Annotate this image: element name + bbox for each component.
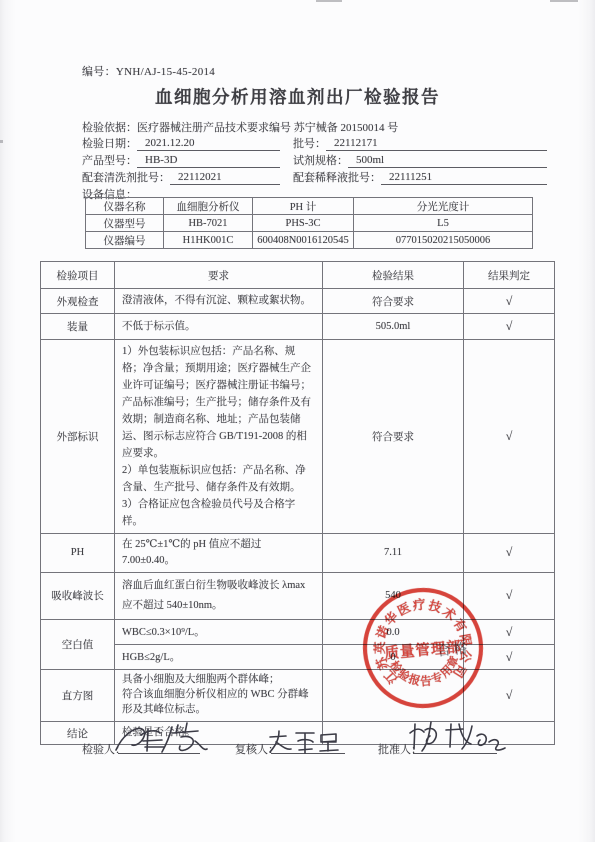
field-reagent-spec: 试剂规格： 500ml [293, 152, 547, 168]
equipment-cell: 仪器名称 [86, 198, 164, 215]
requirement-cell: 具备小细胞及大细胞两个群体峰；符合该血细胞分析仪相应的 WBC 分群峰形及其峰位… [115, 670, 323, 722]
equipment-cell: 600408N0016120545 [253, 232, 354, 249]
report-title: 血细胞分析用溶血剂出厂检验报告 [0, 84, 595, 109]
equipment-cell: H1HK001C [164, 232, 253, 249]
field-cleaner-batch: 配套清洗剂批号： 22112021 [82, 169, 280, 185]
field-diluent-batch: 配套稀释液批号： 22111251 [293, 169, 547, 185]
approver-signature [406, 718, 508, 756]
requirement-cell: HGB≤2g/L。 [115, 645, 323, 670]
header-item: 检验项目 [41, 262, 115, 289]
equipment-table: 仪器名称血细胞分析仪PH 计分光光度计仪器型号HB-7021PHS-3CL5仪器… [85, 197, 533, 249]
equipment-row: 仪器型号HB-7021PHS-3CL5 [86, 215, 533, 232]
requirement-cell: 澄清液体，不得有沉淀、颗粒或絮状物。 [115, 289, 323, 314]
verdict-cell: √ [464, 340, 555, 534]
item-cell: 吸收峰波长 [41, 572, 115, 620]
inspection-row: 吸收峰波长溶血后血红蛋白衍生物吸收峰波长 λmax 应不超过 540±10nm。… [41, 572, 555, 620]
inspector-signature [112, 722, 208, 760]
doc-number: 编号：YNH/AJ-15-45-2014 [82, 63, 215, 79]
field-inspection-date: 检验日期： 2021.12.20 [82, 135, 280, 151]
reviewer-signature [266, 729, 346, 757]
field-label: 检验日期： [82, 135, 137, 151]
requirement-cell: 在 25℃±1℃的 pH 值应不超过 7.00±0.40。 [115, 534, 323, 573]
doc-number-label: 编号： [82, 66, 116, 78]
inspection-row: HGB≤2g/L。0√ [41, 645, 555, 670]
equipment-cell: 077015020215050006 [354, 232, 533, 249]
verdict-cell: √ [464, 572, 555, 620]
doc-number-value: YNH/AJ-15-45-2014 [116, 66, 215, 78]
field-value: 22112171 [326, 137, 547, 151]
inspection-row: 空白值WBC≤0.3×10⁹/L。0.0√ [41, 620, 555, 645]
verdict-cell: √ [464, 620, 555, 645]
item-cell: PH [41, 534, 115, 573]
equipment-cell: 仪器型号 [86, 215, 164, 232]
result-cell: 符合要求 [323, 289, 464, 314]
scan-speck [550, 0, 578, 2]
inspection-header-row: 检验项目 要求 检验结果 结果判定 [41, 262, 555, 289]
requirement-cell: 不低于标示值。 [115, 314, 323, 340]
result-cell: 符合要求 [323, 340, 464, 534]
item-cell: 装量 [41, 314, 115, 340]
basis-label: 检验依据： [82, 122, 137, 134]
basis-value: 医疗器械注册产品技术要求编号 苏宁械备 20150014 号 [137, 122, 398, 134]
result-cell [323, 670, 464, 722]
requirement-cell: 溶血后血红蛋白衍生物吸收峰波长 λmax 应不超过 540±10nm。 [115, 572, 323, 620]
verdict-cell: √ [464, 534, 555, 573]
verdict-cell: √ [464, 645, 555, 670]
item-cell: 外部标识 [41, 340, 115, 534]
equipment-cell: 仪器编号 [86, 232, 164, 249]
field-label: 产品型号： [82, 152, 137, 168]
equipment-cell: 血细胞分析仪 [164, 198, 253, 215]
inspection-row: 外观检查澄清液体，不得有沉淀、颗粒或絮状物。符合要求√ [41, 289, 555, 314]
inspection-row: 装量不低于标示值。505.0ml√ [41, 314, 555, 340]
header-result: 检验结果 [323, 262, 464, 289]
result-cell: 505.0ml [323, 314, 464, 340]
equipment-table-body: 仪器名称血细胞分析仪PH 计分光光度计仪器型号HB-7021PHS-3CL5仪器… [86, 198, 533, 249]
handwritten-conclusion: 合格 [436, 636, 471, 659]
field-label: 配套稀释液批号： [293, 169, 381, 185]
field-value: 22111251 [381, 171, 547, 185]
result-cell: 540 [323, 572, 464, 620]
equipment-row: 仪器名称血细胞分析仪PH 计分光光度计 [86, 198, 533, 215]
field-batch-number: 批号： 22112171 [293, 135, 547, 151]
field-label: 配套清洗剂批号： [82, 169, 170, 185]
field-value: HB-3D [137, 154, 280, 168]
field-value: 2021.12.20 [137, 137, 280, 151]
result-cell: 7.11 [323, 534, 464, 573]
equipment-cell: HB-7021 [164, 215, 253, 232]
inspection-row: 直方图具备小细胞及大细胞两个群体峰；符合该血细胞分析仪相应的 WBC 分群峰形及… [41, 670, 555, 722]
item-cell: 外观检查 [41, 289, 115, 314]
verdict-cell: √ [464, 289, 555, 314]
equipment-cell: PH 计 [253, 198, 354, 215]
equipment-cell: 分光光度计 [354, 198, 533, 215]
scan-speck [316, 0, 342, 2]
inspection-table-body: 外观检查澄清液体，不得有沉淀、颗粒或絮状物。符合要求√装量不低于标示值。505.… [41, 289, 555, 745]
inspection-table: 检验项目 要求 检验结果 结果判定 外观检查澄清液体，不得有沉淀、颗粒或絮状物。… [40, 261, 555, 745]
equipment-cell: L5 [354, 215, 533, 232]
header-requirement: 要求 [115, 262, 323, 289]
field-value: 500ml [348, 154, 547, 168]
item-cell: 直方图 [41, 670, 115, 722]
scanned-inspection-report-page: 编号：YNH/AJ-15-45-2014 血细胞分析用溶血剂出厂检验报告 检验依… [0, 0, 595, 842]
field-label: 试剂规格： [293, 152, 348, 168]
field-label: 批号： [293, 135, 326, 151]
inspection-row: 外部标识1）外包装标识应包括：产品名称、规格；净含量；预期用途；医疗器械生产企业… [41, 340, 555, 534]
verdict-cell: √ [464, 670, 555, 722]
field-product-model: 产品型号： HB-3D [82, 152, 280, 168]
field-value: 22112021 [170, 171, 280, 185]
verdict-cell: √ [464, 314, 555, 340]
requirement-cell: 1）外包装标识应包括：产品名称、规格；净含量；预期用途；医疗器械生产企业许可证编… [115, 340, 323, 534]
inspection-row: PH在 25℃±1℃的 pH 值应不超过 7.00±0.40。7.11√ [41, 534, 555, 573]
inspection-basis: 检验依据：医疗器械注册产品技术要求编号 苏宁械备 20150014 号 [82, 119, 398, 135]
item-cell: 空白值 [41, 620, 115, 670]
equipment-cell: PHS-3C [253, 215, 354, 232]
header-verdict: 结果判定 [464, 262, 555, 289]
scan-speck [0, 140, 3, 143]
equipment-row: 仪器编号H1HK001C600408N001612054507701502021… [86, 232, 533, 249]
requirement-cell: WBC≤0.3×10⁹/L。 [115, 620, 323, 645]
